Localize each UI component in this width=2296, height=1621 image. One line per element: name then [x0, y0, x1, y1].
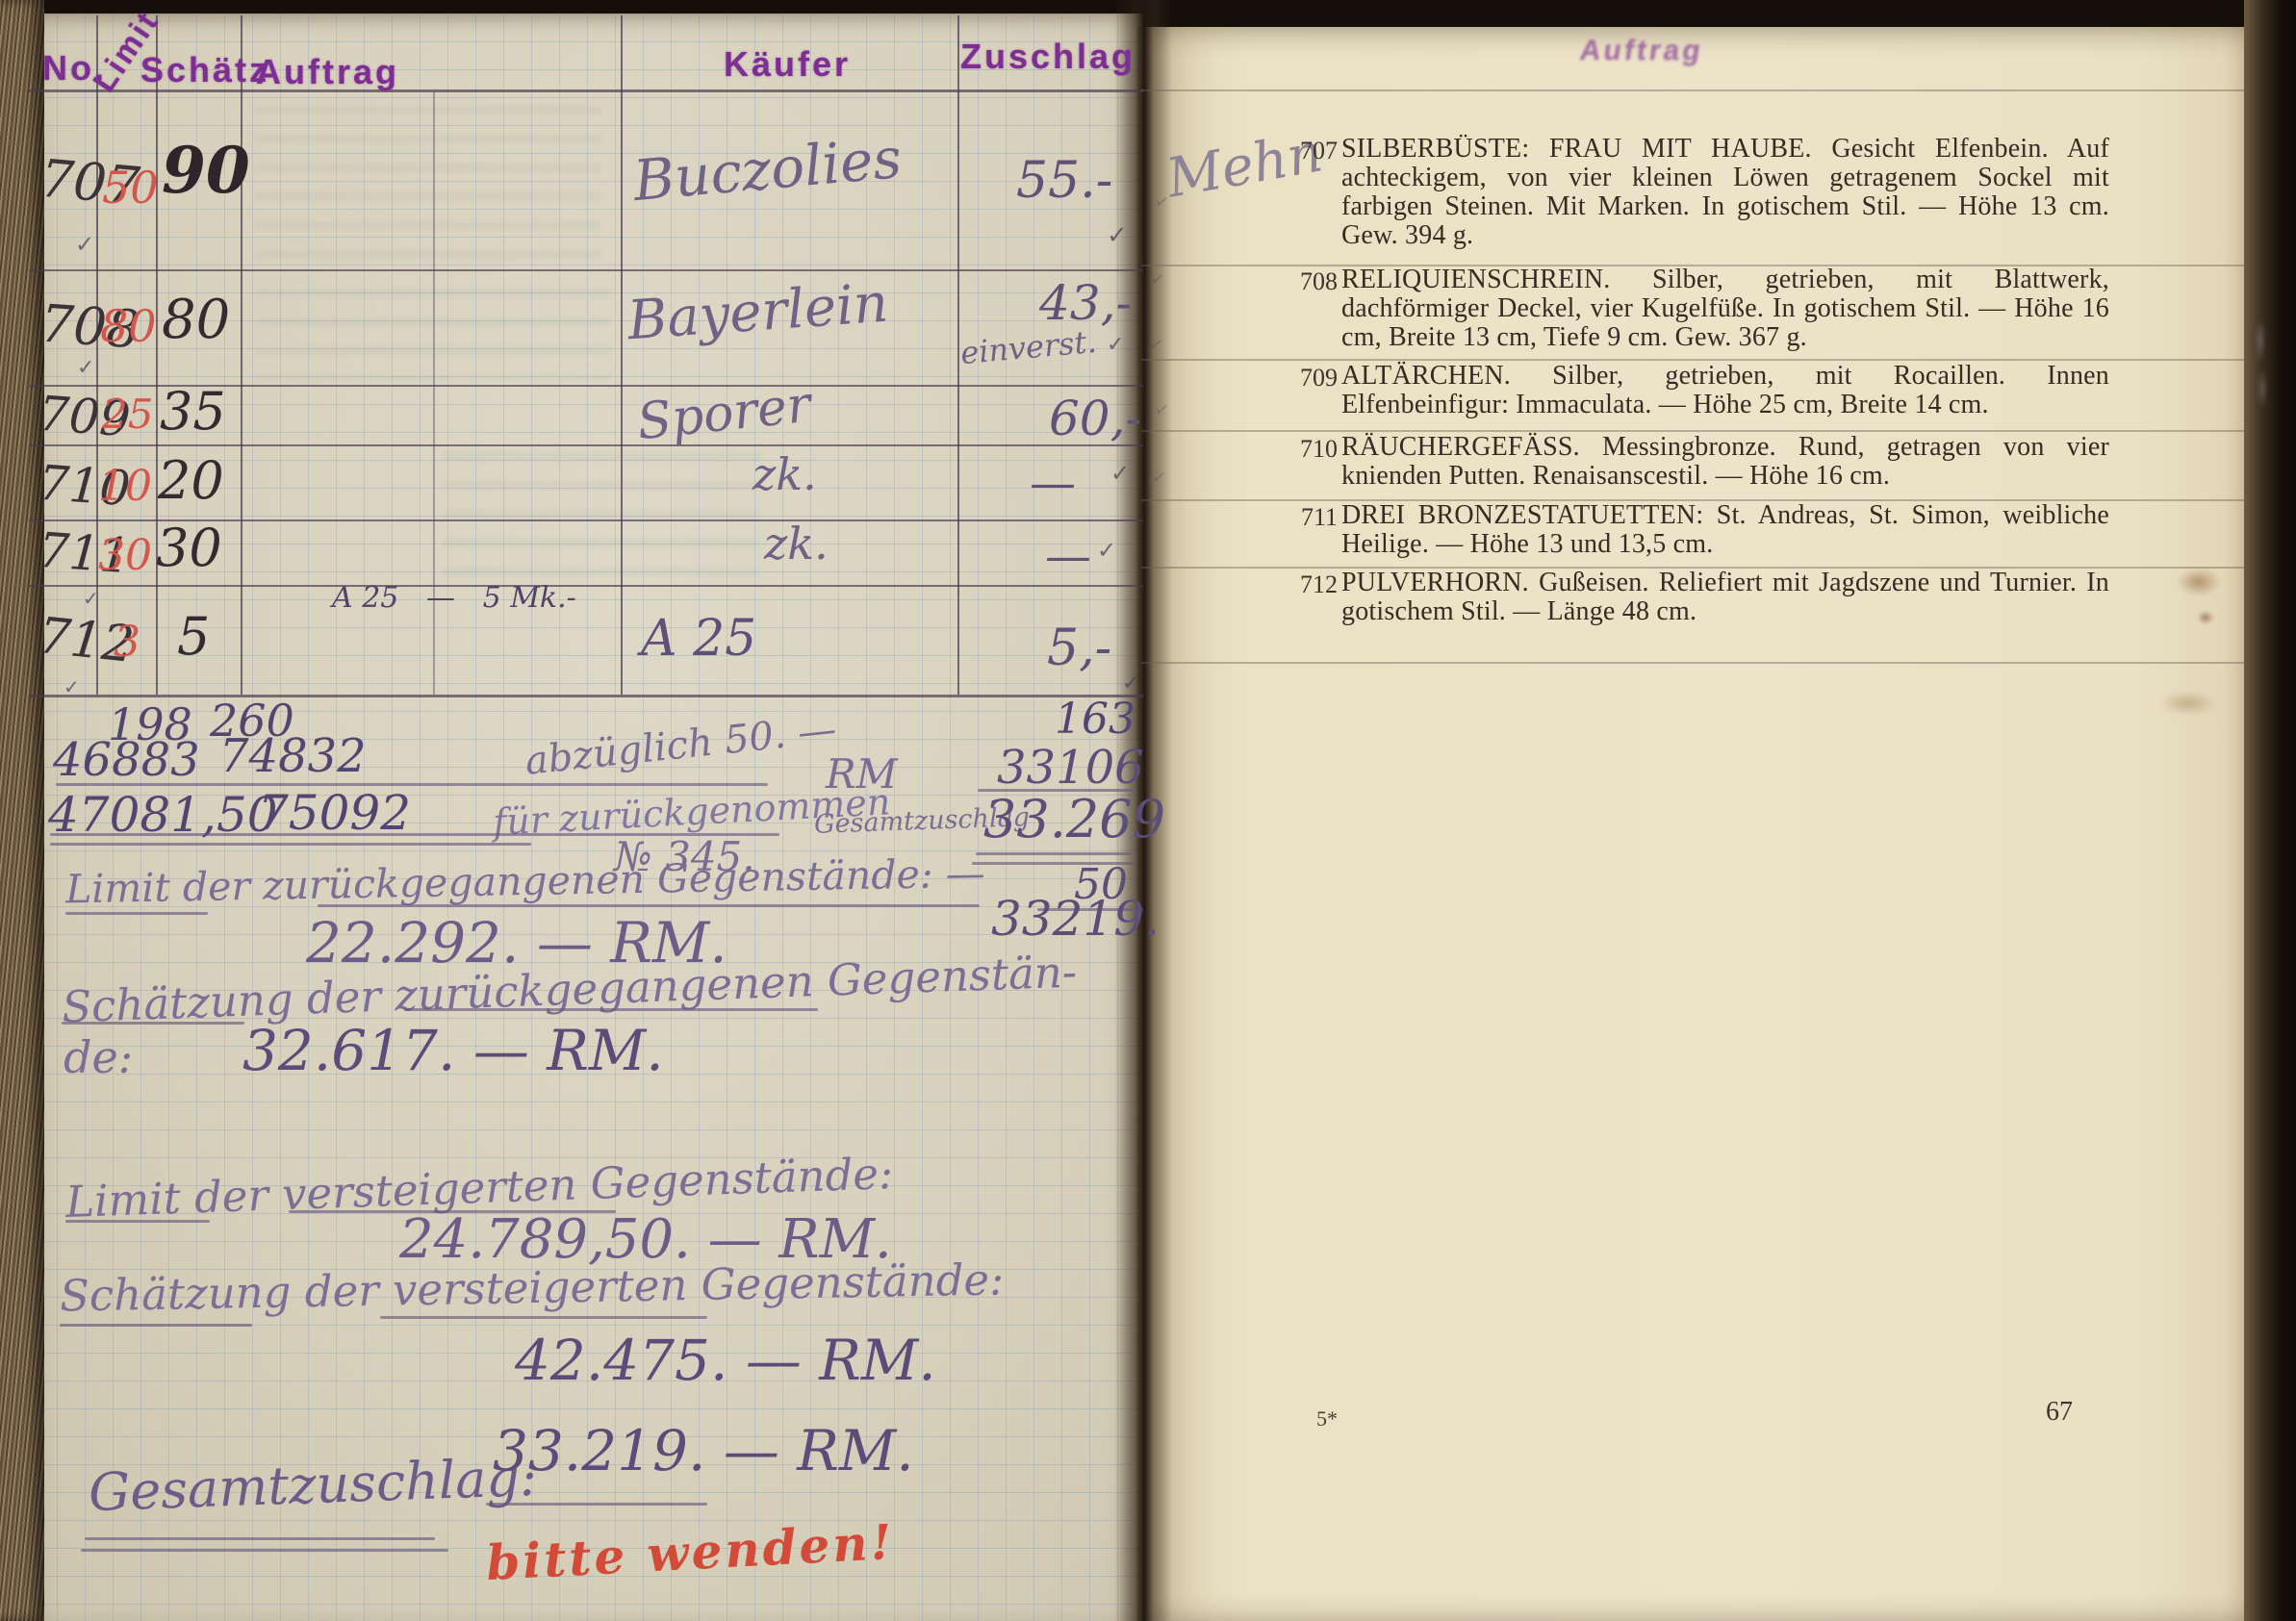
margin-tick: ✓ [1150, 268, 1167, 291]
catalog-lot-number: 709 [1289, 364, 1338, 393]
gesamtzuschlag-value: 33.219. — RM. [493, 1418, 914, 1483]
limit-value: 80 [100, 300, 157, 352]
grid-line-row [29, 444, 1143, 446]
catalog-lot-number: 708 [1289, 267, 1338, 296]
schaetz-value: 90 [162, 133, 250, 208]
schaetz-value: 20 [158, 450, 224, 511]
sum-underline [50, 843, 531, 846]
zuschlag-value: — [1045, 529, 1091, 583]
paper-stain [2177, 568, 2221, 596]
grid-line-vertical [156, 15, 158, 695]
buyer-name: zk. [753, 448, 817, 500]
show-through [255, 106, 601, 269]
show-through [443, 452, 760, 577]
underline [65, 1220, 210, 1223]
grid-line-vertical [241, 15, 242, 695]
underline [486, 1503, 707, 1506]
grid-line-row [29, 695, 1143, 697]
sum-underline [976, 852, 1132, 855]
catalog-lot-number: 712 [1289, 570, 1338, 599]
zuschlag-sum-3: 33219. [991, 891, 1160, 947]
check-mark: ✓ [77, 356, 94, 380]
book-spine-edge [0, 0, 44, 1621]
underline [81, 1549, 448, 1552]
schaetz-value: 5 [177, 606, 210, 667]
underline [60, 1324, 252, 1327]
catalog-entry-text: ALTÄRCHEN. Silber, getrieben, mit Rocail… [1341, 362, 2109, 419]
schaetzung-zurueck-value: 32.617. — RM. [242, 1018, 664, 1083]
check-mark: ✓ [1107, 333, 1124, 357]
underline [62, 1022, 244, 1025]
catalog-lot-number: 710 [1289, 435, 1338, 464]
limit-sum-2: 46883 [53, 733, 200, 787]
buyer-name: A 25 [641, 610, 756, 668]
underline [380, 1316, 707, 1319]
ruling-line [1141, 89, 2244, 91]
catalog-entry-text: RÄUCHERGEFÄSS. Messingbronze. Rund, getr… [1341, 433, 2109, 491]
catalog-entry-text: SILBERBÜSTE: FRAU MIT HAUBE. Gesicht Elf… [1341, 135, 2109, 250]
check-mark: ✓ [1110, 460, 1130, 487]
limit-value: 25 [102, 391, 153, 438]
schaetz-value: 30 [156, 518, 222, 578]
zuschlag-sum-2: 33106 [997, 741, 1144, 795]
zuschlag-value: — [1030, 456, 1076, 510]
fore-edge-mark [2258, 369, 2267, 408]
column-header-kaeufer: Käufer [724, 44, 851, 85]
schaetzung-versteigert-value: 42.475. — RM. [515, 1328, 936, 1393]
check-mark: ✓ [1107, 221, 1128, 250]
check-mark: ✓ [1097, 537, 1116, 564]
fore-edge-mark [2256, 319, 2265, 362]
schaetz-value: 80 [162, 289, 230, 351]
column-header-zuschlag: Zuschlag [960, 37, 1135, 77]
auftrag-note: A 25 — 5 Mk.- [332, 581, 576, 615]
zuschlag-value: 55.- [1016, 152, 1112, 210]
catalog-lot-number: 711 [1289, 503, 1338, 532]
page-number: 67 [2046, 1397, 2073, 1428]
schaetzung-zurueck-label2: de: [64, 1031, 133, 1083]
grid-line-row [29, 269, 1143, 271]
check-mark: ✓ [1122, 671, 1139, 696]
catalog-lot-number: 707 [1289, 137, 1338, 165]
sum-underline [56, 783, 768, 786]
zuschlag-value: 43,- [1039, 275, 1132, 331]
paper-stain [2198, 612, 2213, 623]
grid-line-vertical [621, 15, 623, 695]
column-header-schaetz: Schätz [140, 50, 269, 90]
grid-line-row [29, 585, 1143, 587]
zuschlag-sum-1: 163 [1055, 695, 1135, 744]
gesamt-note-value: 33.269 [983, 789, 1165, 849]
limit-value: 50 [102, 162, 159, 214]
schaetz-sum-2: 74832 [219, 729, 367, 783]
scanned-book-spread: No. Limit Schätz Auftrag Käufer Zuschlag… [0, 0, 2296, 1621]
catalog-entry-text: PULVERHORN. Gußeisen. Reliefiert mit Jag… [1341, 569, 2109, 626]
catalog-entry-text: RELIQUIENSCHREIN. Silber, getrieben, mit… [1341, 266, 2109, 352]
ruling-line [1141, 662, 2244, 664]
ghost-stamp-auftrag: Auftrag [1578, 35, 1705, 67]
buyer-name: zk. [764, 518, 829, 570]
column-header-auftrag: Auftrag [256, 52, 399, 92]
grid-line-vertical [957, 15, 959, 695]
underline [65, 912, 208, 915]
limit-value: 10 [98, 462, 152, 511]
limit-value: 3 [114, 618, 140, 667]
schaetz-value: 35 [160, 381, 226, 442]
check-mark: ✓ [83, 587, 99, 610]
catalog-entry-text: DREI BRONZESTATUETTEN: St. Andreas, St. … [1341, 501, 2109, 559]
underline [404, 1008, 818, 1011]
zuschlag-value: 5,- [1047, 620, 1111, 677]
limit-value: 30 [98, 531, 152, 580]
underline [85, 1537, 435, 1540]
underline [318, 904, 980, 907]
signature-mark: 5* [1316, 1406, 1338, 1431]
paper-stain [2159, 691, 2217, 716]
check-mark: ✓ [64, 675, 80, 698]
check-mark: ✓ [75, 231, 94, 258]
zuschlag-value: 60,- [1049, 391, 1141, 446]
book-fore-edge [2244, 0, 2296, 1621]
